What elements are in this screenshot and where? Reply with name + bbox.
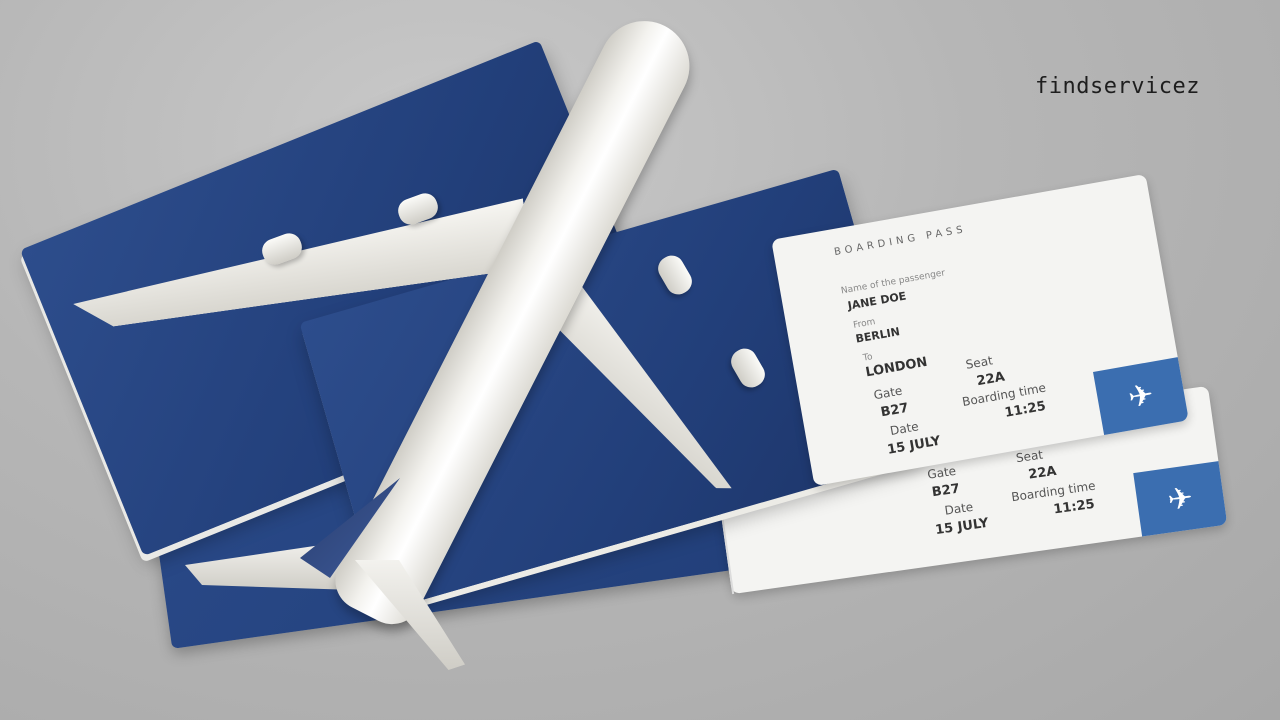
engine	[727, 344, 770, 392]
left-wing	[67, 198, 532, 331]
fuselage	[325, 6, 705, 635]
engine	[654, 251, 697, 299]
photo-scene: findservicez Gate B27 Seat 22A Date 15 J…	[0, 0, 1280, 720]
model-airplane	[0, 0, 1280, 720]
